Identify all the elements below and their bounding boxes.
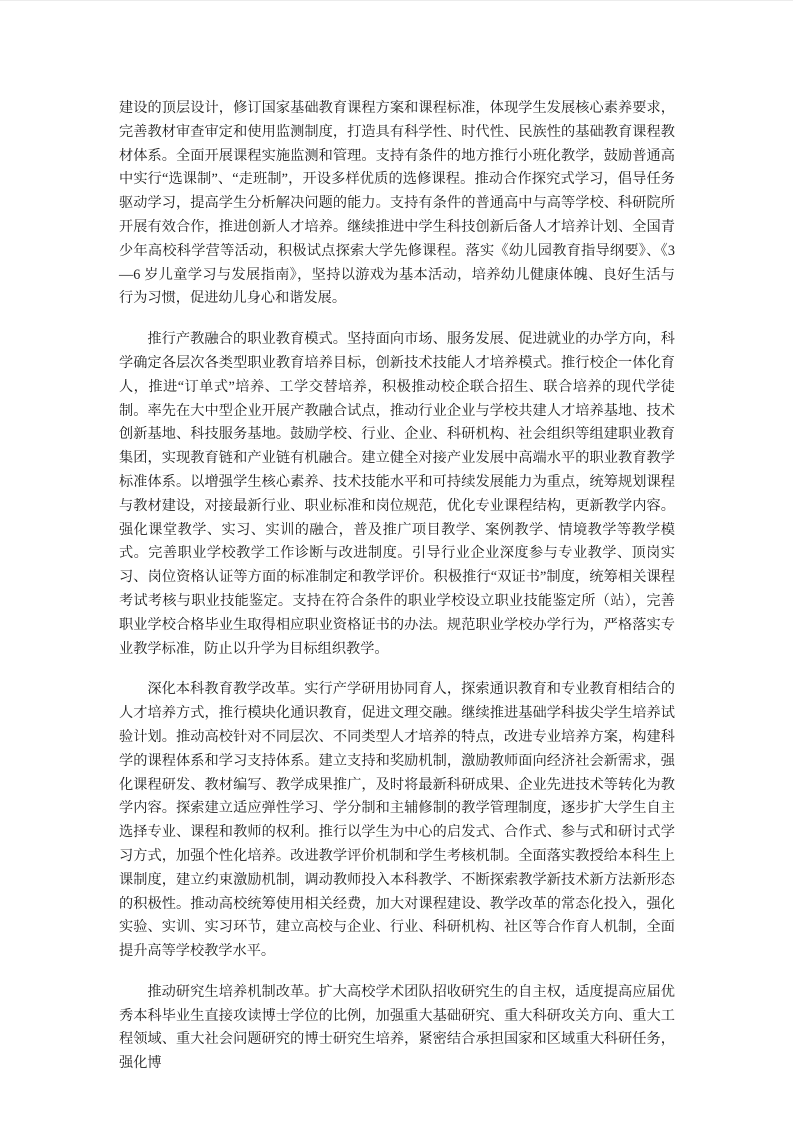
paragraph-graduate-training-reform: 推动研究生培养机制改革。扩大高校学术团队招收研究生的自主权，适度提高应届优秀本科…: [119, 981, 675, 1076]
paragraph-undergraduate-teaching-reform: 深化本科教育教学改革。实行产学研用协同育人，探索通识教育和专业教育相结合的人才培…: [119, 678, 675, 964]
paragraph-vocational-education-model: 推行产教融合的职业教育模式。坚持面向市场、服务发展、促进就业的办学方向，科学确定…: [119, 328, 675, 661]
document-page: 建设的顶层设计，修订国家基础教育课程方案和课程标准，体现学生发展核心素养要求，完…: [0, 0, 793, 1122]
paragraph-basic-education-curriculum: 建设的顶层设计，修订国家基础教育课程方案和课程标准，体现学生发展核心素养要求，完…: [119, 97, 675, 311]
document-body-text: 建设的顶层设计，修订国家基础教育课程方案和课程标准，体现学生发展核心素养要求，完…: [119, 97, 675, 1093]
